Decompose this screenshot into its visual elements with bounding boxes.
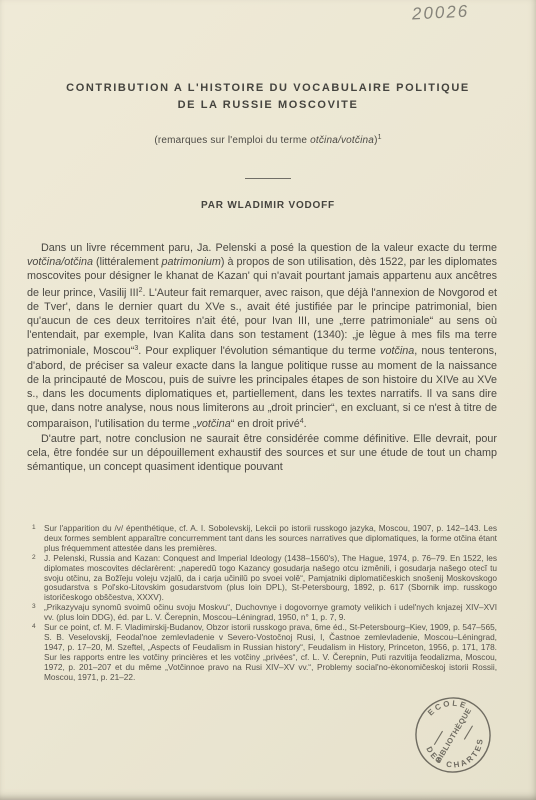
footnote-2-text: J. Pelenski, Russia and Kazan: Conquest … [44, 553, 497, 603]
author-byline: PAR WLADIMIR VODOFF [0, 200, 536, 211]
footnote-4-text: Sur ce point, cf. M. F. Vladimirskij-Bud… [44, 622, 497, 682]
library-stamp: ECOLE DES CHARTES BIBLIOTHÈQUE [397, 679, 510, 792]
footnote-1-number: 1 [32, 523, 36, 533]
footnote-4: 4 Sur ce point, cf. M. F. Vladimirskij-B… [27, 623, 497, 682]
footnote-1: 1 Sur l'apparition du /v/ épenthétique, … [27, 524, 497, 554]
footnote-2-number: 2 [32, 553, 36, 563]
article-subtitle: (remarques sur l'emploi du terme otčina/… [0, 134, 536, 146]
footnotes-block: 1 Sur l'apparition du /v/ épenthétique, … [27, 524, 497, 683]
footnote-3-number: 3 [32, 602, 36, 612]
body-paragraph-2: D'autre part, notre conclusion ne saurai… [27, 432, 497, 475]
article-title: CONTRIBUTION A L'HISTOIRE DU VOCABULAIRE… [0, 80, 536, 113]
footnote-3: 3 „Prikazyvaju synomŭ svoimŭ očinu svoju… [27, 603, 497, 623]
scanned-document-page: 20026 CONTRIBUTION A L'HISTOIRE DU VOCAB… [0, 0, 536, 800]
footnote-1-text: Sur l'apparition du /v/ épenthétique, cf… [44, 523, 497, 553]
footnote-4-number: 4 [32, 622, 36, 632]
article-body: Dans un livre récemment paru, Ja. Pelens… [27, 241, 497, 474]
stamp-bottom-text: DES CHARTES [424, 735, 490, 775]
article-title-line-1: CONTRIBUTION A L'HISTOIRE DU VOCABULAIRE… [0, 80, 536, 97]
footnote-2: 2 J. Pelenski, Russia and Kazan: Conques… [27, 554, 497, 604]
handwritten-accession-number: 20026 [412, 2, 470, 25]
article-title-line-2: DE LA RUSSIE MOSCOVITE [0, 97, 536, 114]
footnote-3-text: „Prikazyvaju synomŭ svoimŭ očinu svoju M… [44, 602, 497, 622]
body-paragraph-1: Dans un livre récemment paru, Ja. Pelens… [27, 241, 497, 432]
stamp-dash-icon [434, 731, 442, 745]
separator-rule [245, 178, 291, 179]
stamp-dash-icon [464, 726, 472, 740]
